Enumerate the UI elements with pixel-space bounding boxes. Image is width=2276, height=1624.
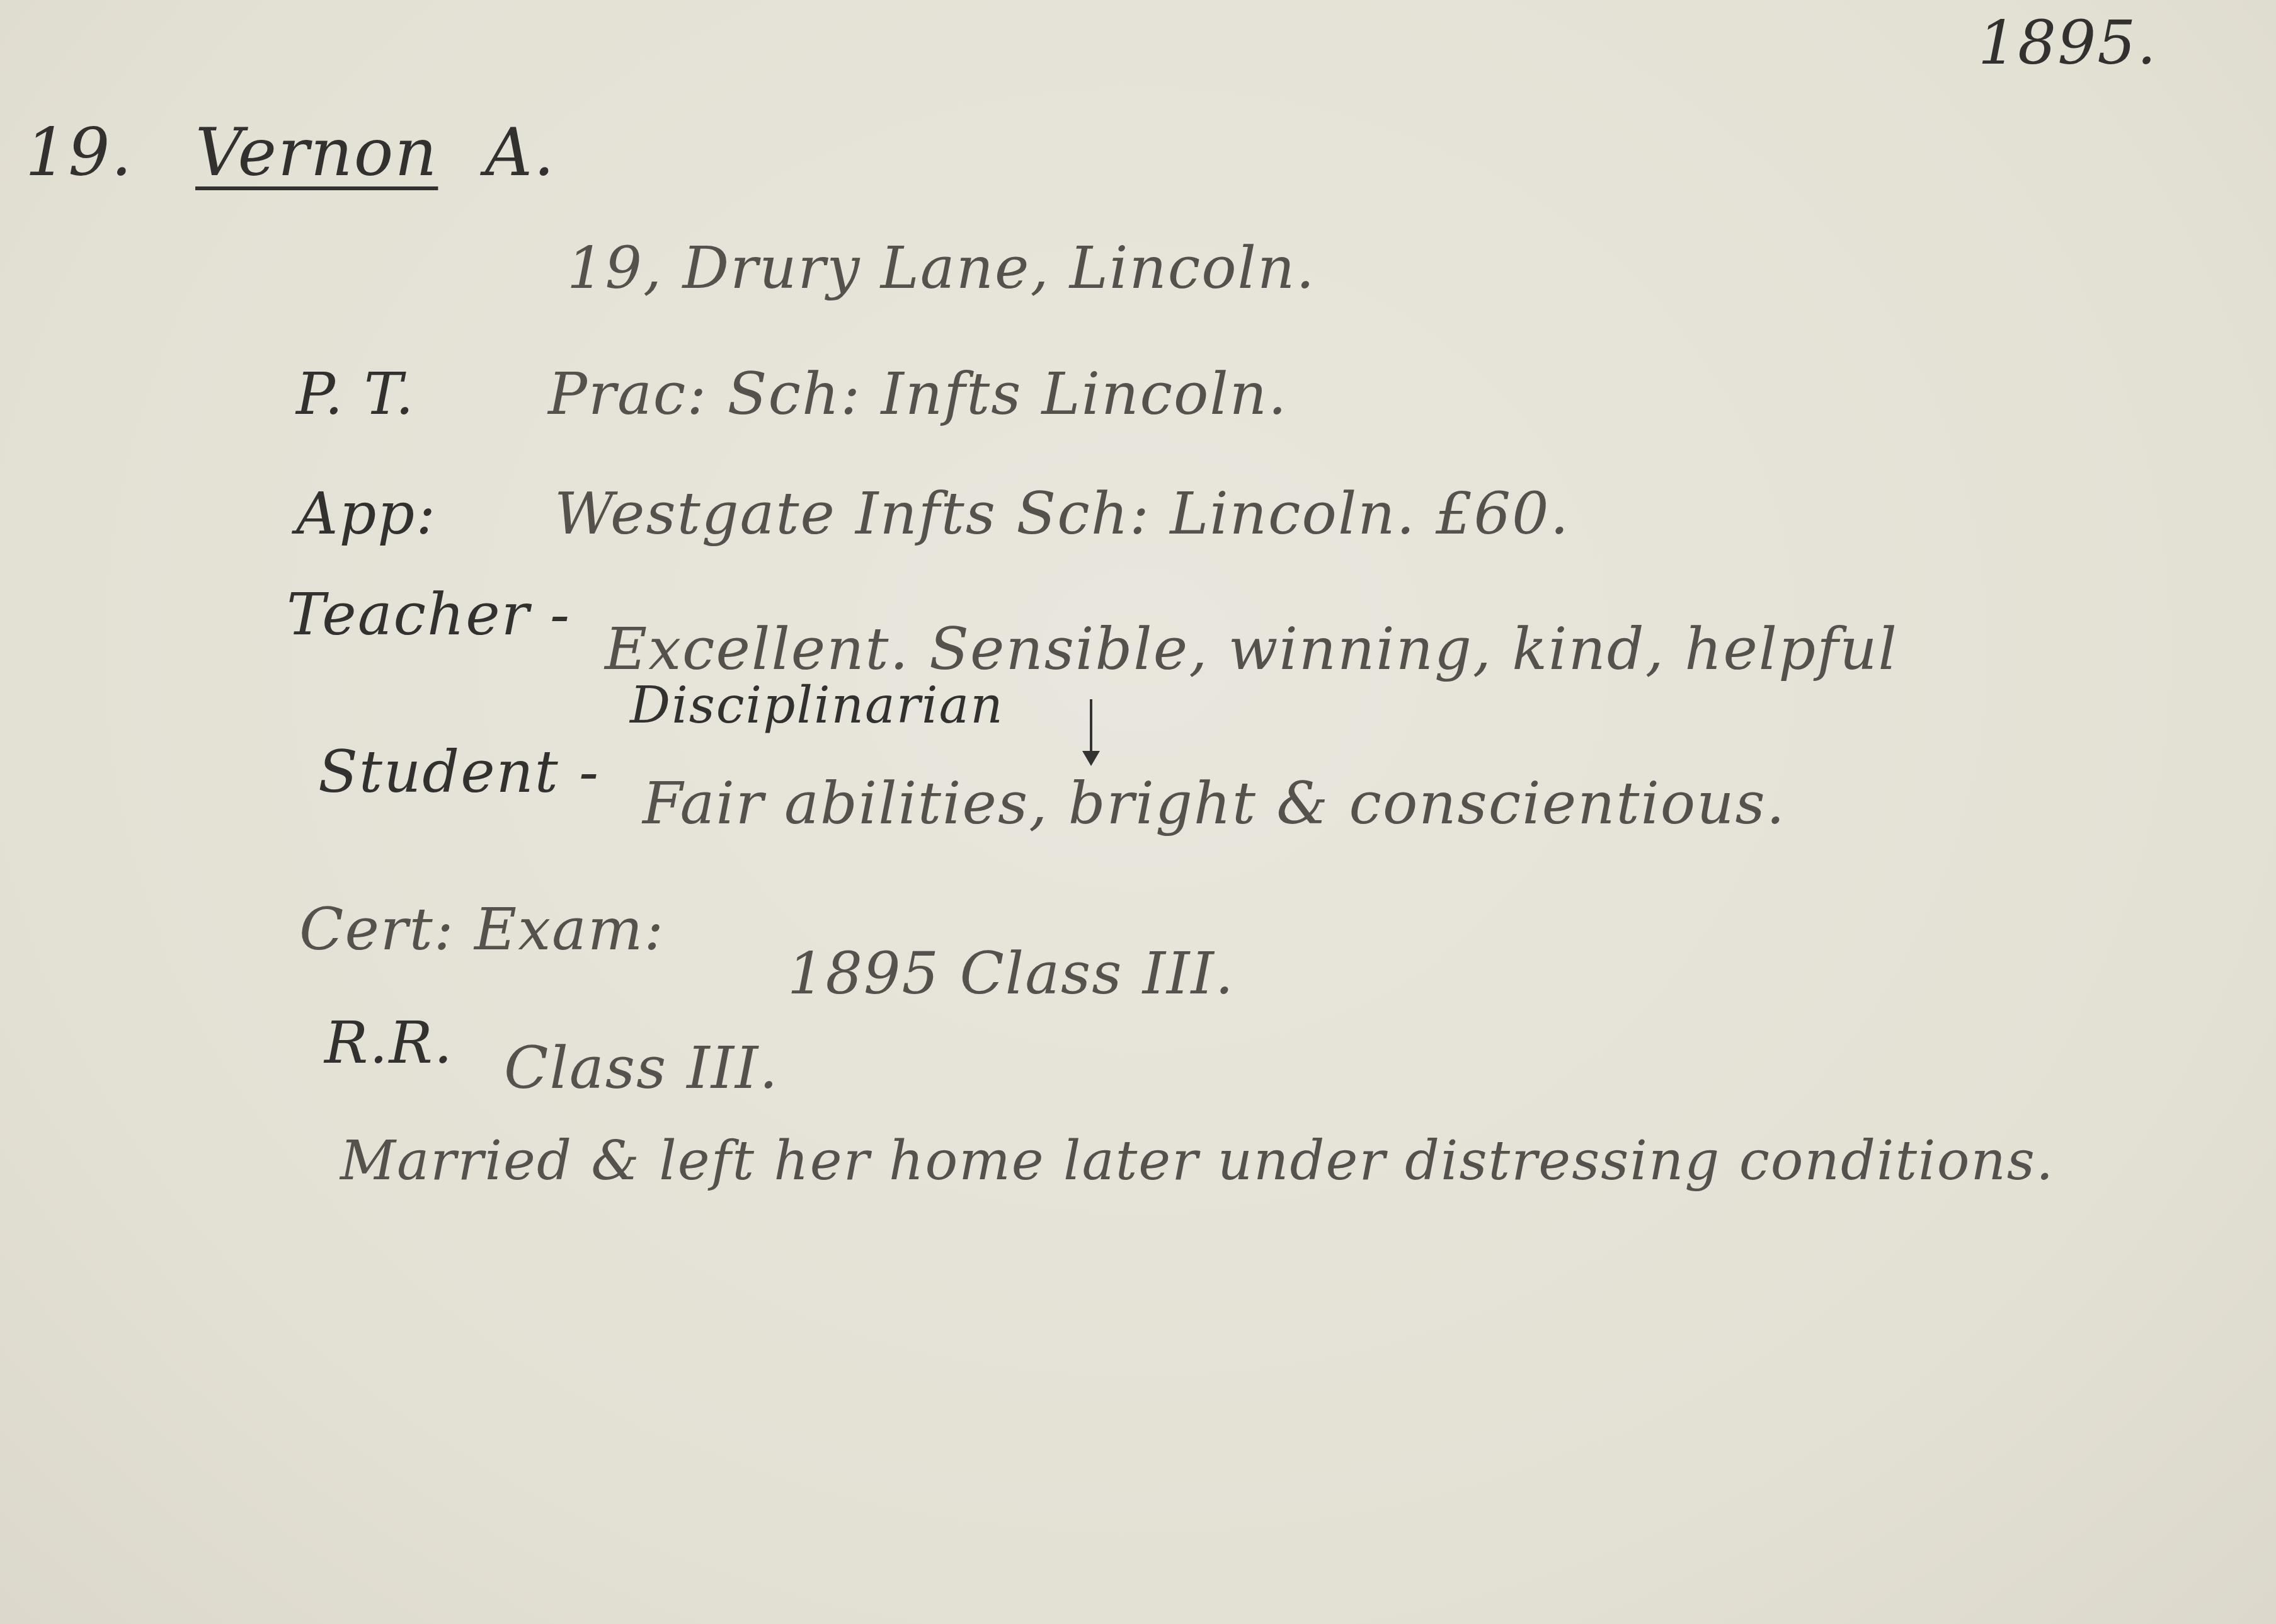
entry-surname: Vernon xyxy=(195,120,438,185)
entry-address: 19, Drury Lane, Lincoln. xyxy=(567,239,1315,297)
rr-value: Class III. xyxy=(504,1039,779,1097)
ledger-page: 1895. 19. Vernon A. 19, Drury Lane, Linc… xyxy=(0,0,2276,1624)
pt-label: P. T. xyxy=(296,365,415,423)
teacher-value: Excellent. Sensible, winning, kind, help… xyxy=(605,620,1898,678)
note-text: Married & left her home later under dist… xyxy=(340,1134,2054,1188)
entry-number: 19. xyxy=(25,120,133,185)
cert-exam-value: 1895 Class III. xyxy=(787,945,1235,1003)
entry-initial: A. xyxy=(485,120,556,185)
rr-label: R.R. xyxy=(324,1014,454,1072)
teacher-label: Teacher - xyxy=(287,586,571,644)
student-value: Fair abilities, bright & conscientious. xyxy=(643,775,1786,833)
app-label: App: xyxy=(296,485,437,543)
page-year: 1895. xyxy=(1978,13,2158,73)
app-value: Westgate Infts Sch: Lincoln. £60. xyxy=(554,485,1570,543)
cert-exam-label: Cert: Exam: xyxy=(299,901,665,959)
teacher-insertion: Disciplinarian xyxy=(630,680,1004,731)
student-label: Student - xyxy=(318,743,600,801)
insertion-arrow-icon xyxy=(1090,699,1092,762)
pt-value: Prac: Sch: Infts Lincoln. xyxy=(548,365,1288,423)
